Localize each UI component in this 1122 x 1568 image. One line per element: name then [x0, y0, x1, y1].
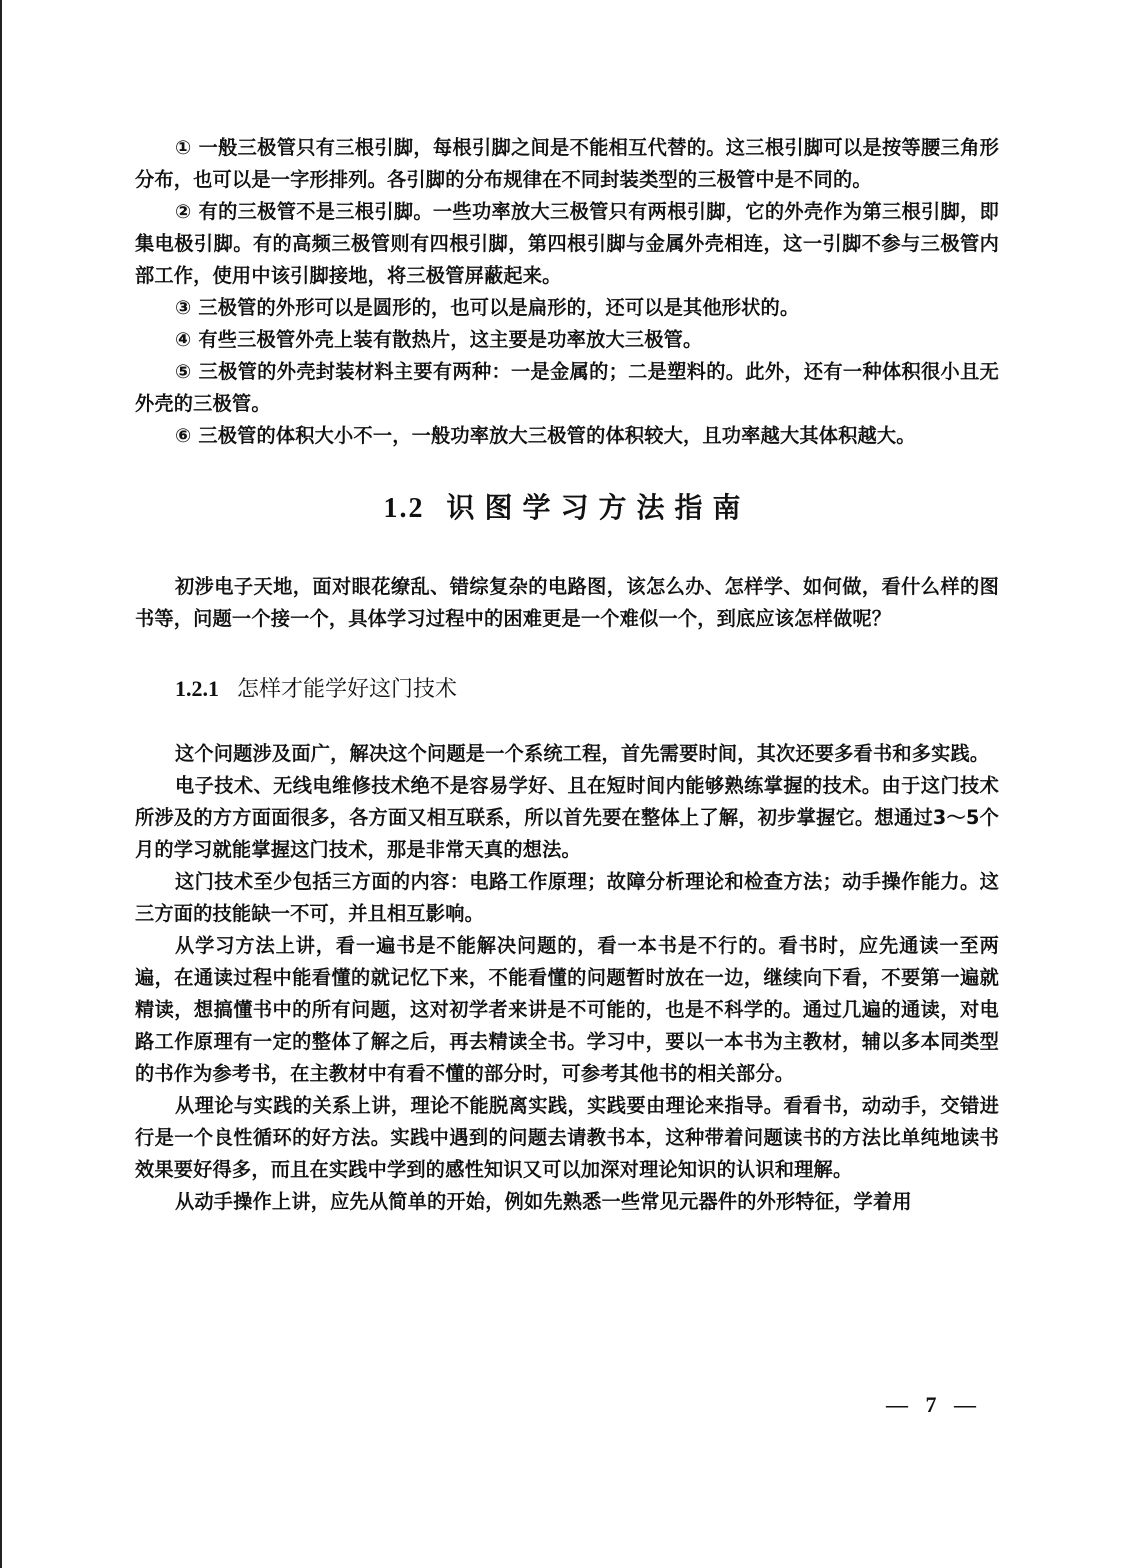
- body-paragraph: 这门技术至少包括三方面的内容：电路工作原理；故障分析理论和检查方法；动手操作能力…: [135, 866, 999, 930]
- section-number: 1.2: [383, 493, 424, 524]
- list-item: ① 一般三极管只有三根引脚，每根引脚之间是不能相互代替的。这三根引脚可以是按等腰…: [135, 132, 999, 196]
- page-number: — 7 —: [886, 1392, 982, 1418]
- section-intro: 初涉电子天地，面对眼花缭乱、错综复杂的电路图，该怎么办、怎样学、如何做，看什么样…: [135, 571, 999, 635]
- list-item: ④ 有些三极管外壳上装有散热片，这主要是功率放大三极管。: [135, 324, 999, 356]
- subsection-heading: 1.2.1怎样才能学好这门技术: [175, 673, 999, 706]
- section-heading: 1.2识图学习方法指南: [135, 488, 999, 529]
- body-paragraph: 从理论与实践的关系上讲，理论不能脱离实践，实践要由理论来指导。看看书，动动手，交…: [135, 1090, 999, 1186]
- page-edge-border: [0, 0, 2, 1568]
- list-item: ⑤ 三极管的外壳封装材料主要有两种：一是金属的；二是塑料的。此外，还有一种体积很…: [135, 356, 999, 420]
- subsection-number: 1.2.1: [175, 676, 219, 701]
- body-paragraph: 电子技术、无线电维修技术绝不是容易学好、且在短时间内能够熟练掌握的技术。由于这门…: [135, 770, 999, 866]
- subsection-title-text: 怎样才能学好这门技术: [237, 677, 457, 702]
- list-item: ⑥ 三极管的体积大小不一，一般功率放大三极管的体积较大，且功率越大其体积越大。: [135, 420, 999, 452]
- body-paragraph: 从学习方法上讲，看一遍书是不能解决问题的，看一本书是不行的。看书时，应先通读一至…: [135, 930, 999, 1090]
- list-item: ③ 三极管的外形可以是圆形的，也可以是扁形的，还可以是其他形状的。: [135, 292, 999, 324]
- body-paragraph: 从动手操作上讲，应先从简单的开始，例如先熟悉一些常见元器件的外形特征，学着用: [135, 1186, 999, 1218]
- section-title-text: 识图学习方法指南: [446, 491, 750, 524]
- list-item: ② 有的三极管不是三根引脚。一些功率放大三极管只有两根引脚，它的外壳作为第三根引…: [135, 196, 999, 292]
- page-content: ① 一般三极管只有三根引脚，每根引脚之间是不能相互代替的。这三根引脚可以是按等腰…: [135, 132, 999, 1218]
- body-paragraph: 这个问题涉及面广，解决这个问题是一个系统工程，首先需要时间，其次还要多看书和多实…: [135, 738, 999, 770]
